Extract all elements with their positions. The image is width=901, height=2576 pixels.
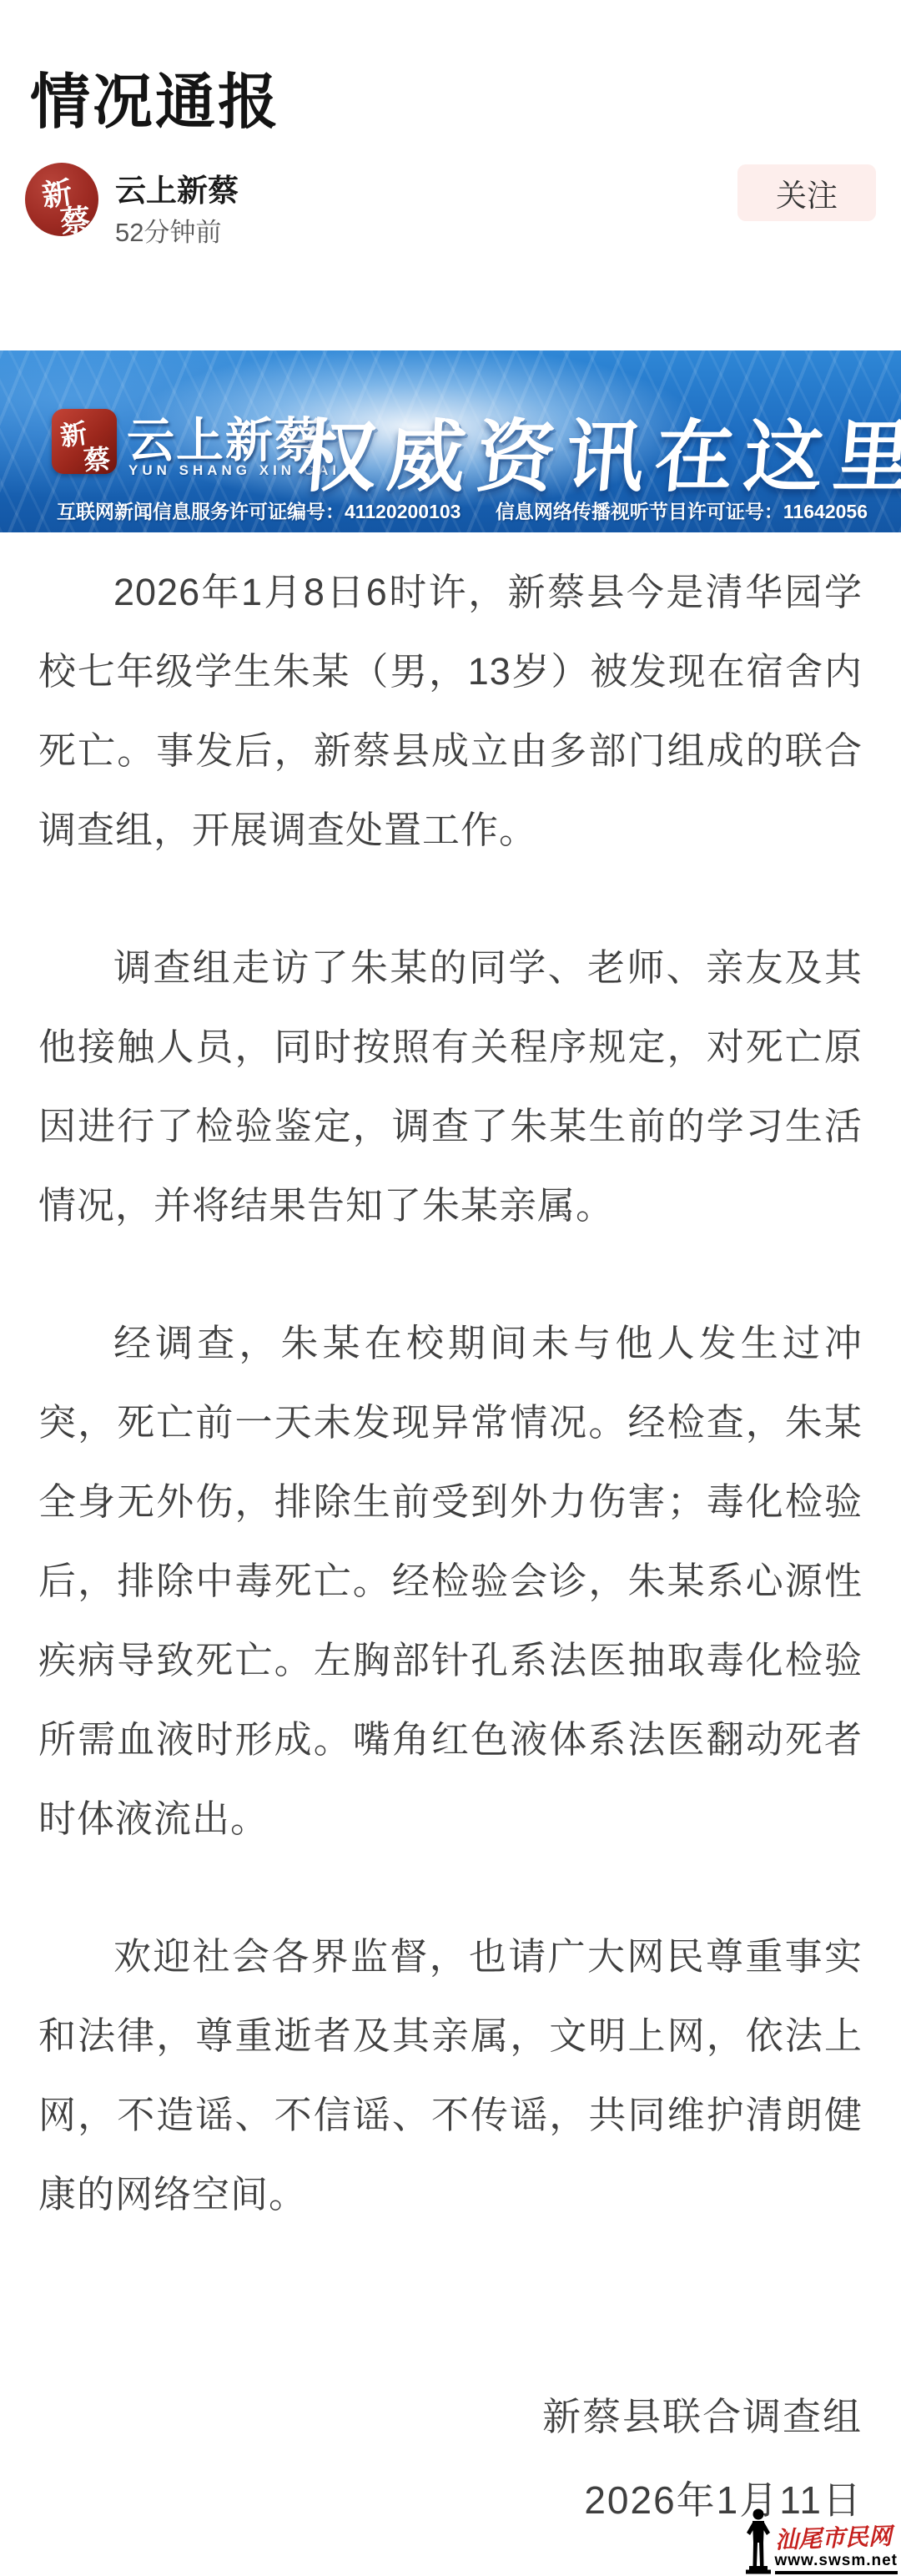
banner-license-left: 互联网新闻信息服务许可证编号：41120200103 — [57, 497, 461, 524]
publish-time: 52分钟前 — [115, 211, 221, 249]
paragraph: 2026年1月8日6时许，新蔡县今是清华园学校七年级学生朱某（男，13岁）被发现… — [38, 552, 863, 870]
banner-logo-char-bottom: 蔡 — [82, 438, 111, 478]
banner-brand: 云上新蔡 — [127, 402, 324, 471]
follow-button[interactable]: 关注 — [737, 164, 876, 221]
watermark: 汕尾市民网 www.swsm.net — [742, 2508, 898, 2574]
watermark-url: www.swsm.net — [775, 2552, 898, 2574]
banner-logo: 新 蔡 — [52, 409, 117, 474]
avatar-char-bottom: 蔡 — [58, 197, 91, 236]
paragraph: 欢迎社会各界监督，也请广大网民尊重事实和法律，尊重逝者及其亲属，文明上网，依法上… — [38, 1917, 863, 2234]
publisher-avatar[interactable]: 新 蔡 — [25, 163, 98, 236]
banner-license-right: 信息网络传播视听节目许可证号：11642056 — [496, 497, 868, 524]
article-body: 2026年1月8日6时许，新蔡县今是清华园学校七年级学生朱某（男，13岁）被发现… — [0, 552, 901, 2292]
banner-image[interactable]: 新 蔡 云上新蔡 YUN SHANG XIN CAI 权威资讯在这里 互联网新闻… — [0, 350, 901, 532]
publisher-name[interactable]: 云上新蔡 — [115, 165, 239, 210]
paragraph: 经调查，朱某在校期间未与他人发生过冲突，死亡前一天未发现异常情况。经检查，朱某全… — [38, 1303, 863, 1858]
article-page: 情况通报 新 蔡 云上新蔡 52分钟前 关注 新 蔡 云上新蔡 YUN SHAN… — [0, 0, 901, 2576]
paragraph: 调查组走访了朱某的同学、老师、亲友及其他接触人员，同时按照有关程序规定，对死亡原… — [38, 928, 863, 1245]
watermark-brand: 汕尾市民网 — [774, 2525, 892, 2553]
page-title: 情况通报 — [30, 72, 280, 135]
watermark-person-icon — [742, 2508, 775, 2574]
banner-slogan: 权威资讯在这里 — [294, 394, 901, 507]
signature: 新蔡县联合调查组 — [542, 2375, 863, 2458]
